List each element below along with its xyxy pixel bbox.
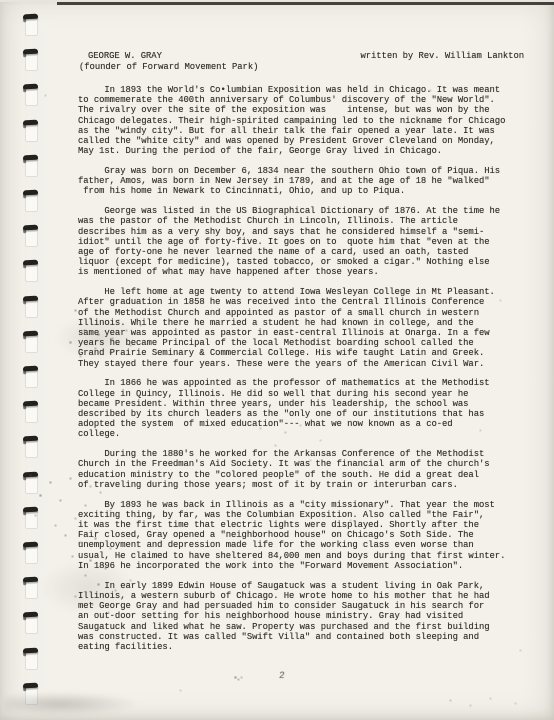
text-line: age of forty-one he never learned the na… [78,247,538,257]
text-line: usual, He claimed to have sheltered 84,0… [78,551,538,561]
document-header: GEORGE W. GRAY written by Rev. William L… [88,51,524,61]
paragraph: During the 1880's he worked for the Arka… [78,449,538,490]
text-line: Chicago delegates. Their high-spirited c… [78,116,538,126]
text-line: unemployment and depression made life fo… [78,540,538,550]
paragraph: In early 1899 Edwin House of Saugatuck w… [78,581,538,652]
paragraph: He left home at age twenty to attend Iow… [78,287,538,369]
text-line: liquor (except for medicine), tasted tob… [78,257,538,267]
text-line: father, Amos, was born in New Jersey in … [78,176,538,186]
text-line: described by its church leaders as the "… [78,409,538,419]
text-line: describes him as a very shy boy, and say… [78,227,538,237]
text-line: of the Methodist Church and appointed as… [78,308,538,318]
text-line: years he became Principal of the local M… [78,338,538,348]
text-line: same year was appointed as pastor in eas… [78,328,538,338]
text-line: exciting thing, by far, was the Columbia… [78,510,538,520]
text-line: Illinois. While there he married a stude… [78,318,538,328]
text-line: called the "white city" and was opened b… [78,136,538,146]
text-line: In early 1899 Edwin House of Saugatuck w… [78,581,538,591]
text-line: They stayed there four years. These were… [78,359,538,369]
text-line: became President. Within three years, un… [78,399,538,409]
text-line: eating facilities. [78,642,538,652]
paragraph: Gray was born on December 6, 1834 near t… [78,166,538,197]
text-line: He left home at age twenty to attend Iow… [78,287,538,297]
text-line: Grand Prairie Seminary & Commercial Coll… [78,348,538,358]
paragraph: By 1893 he was back in Illinois as a "ci… [78,500,538,571]
text-line: After graduation in 1858 he was received… [78,297,538,307]
paragraph: In 1866 he was appointed as the professo… [78,378,538,439]
page-number: 2 [278,671,285,681]
document-subtitle: (founder of Forward Movement Park) [79,62,258,72]
document-page: GEORGE W. GRAY written by Rev. William L… [0,0,554,720]
text-line: Saugatuck and liked what he saw. Propert… [78,622,538,632]
text-line: it was the first time that electric ligh… [78,520,538,530]
text-line: was constructed. It was called "Swift Vi… [78,632,538,642]
text-line: was the pastor of the Methodist Church i… [78,216,538,226]
text-line: Illinois, a western suburb of Chicago. H… [78,591,538,601]
text-line: College in Quincy, Illinois. He did so w… [78,389,538,399]
text-line: idiot" until the age of forty-five. It g… [78,237,538,247]
text-line: is mentioned of what may have happened a… [78,267,538,277]
paragraph: George was listed in the US Biographical… [78,206,538,277]
text-line: met George Gray and had persuaded him to… [78,601,538,611]
text-line: Church in the Freedman's Aid Society. It… [78,459,538,469]
text-line: May 1st. During the period of the fair, … [78,146,538,156]
text-line: George was listed in the US Biographical… [78,206,538,216]
text-line: to commemerate the 400th anniversary of … [78,95,538,105]
text-line: Fair closed, Gray opened a "neighborhood… [78,530,538,540]
paragraph: In 1893 the World's Co•lumbian Expositio… [78,85,538,156]
text-line: The rivalry over the site of the exposit… [78,105,538,115]
text-line: adopted the system of mixed education"--… [78,419,538,429]
document-title: GEORGE W. GRAY [88,51,162,61]
text-line: of traveling during those years; most of… [78,480,538,490]
text-line: In 1896 he incorporated the work into th… [78,561,538,571]
text-line: During the 1880's he worked for the Arka… [78,449,538,459]
document-byline: written by Rev. William Lankton [360,51,524,61]
text-line: an out-door setting for his neighborhood… [78,611,538,621]
text-line: By 1893 he was back in Illinois as a "ci… [78,500,538,510]
text-line: education ministry to the "colored peopl… [78,470,538,480]
text-line: Gray was born on December 6, 1834 near t… [78,166,538,176]
document-body: In 1893 the World's Co•lumbian Expositio… [78,85,538,662]
text-line: In 1893 the World's Co•lumbian Expositio… [78,85,538,95]
text-line: from his home in Newark to Cincinnati, O… [78,186,538,196]
text-line: In 1866 he was appointed as the professo… [78,378,538,388]
text-line: college. [78,429,538,439]
typewritten-text: GEORGE W. GRAY written by Rev. William L… [0,0,554,720]
text-line: as the "windy city". But for all their t… [78,126,538,136]
